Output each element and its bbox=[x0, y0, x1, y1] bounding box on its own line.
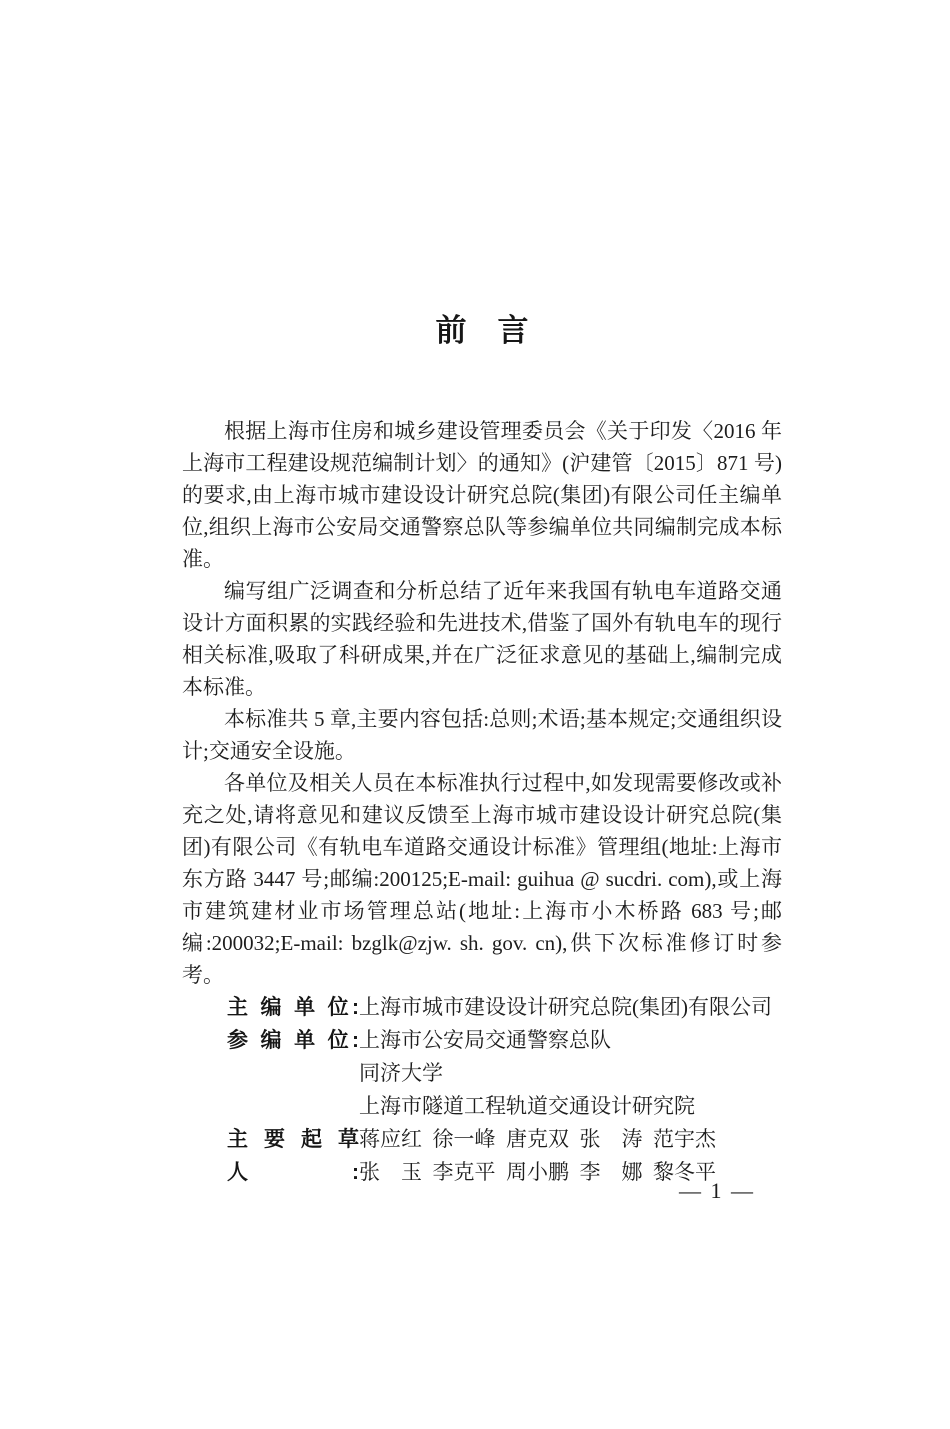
chief-editor-row: 主 编 单 位: 上海市城市建设设计研究总院(集团)有限公司 bbox=[182, 991, 782, 1024]
participating-units-row: 参 编 单 位: 上海市公安局交通警察总队 同济大学 上海市隧道工程轨道交通设计… bbox=[182, 1024, 782, 1123]
drafters-names-line: 蒋应红 徐一峰 唐克双 张 涛 范宇杰 bbox=[359, 1123, 782, 1156]
preface-paragraph-1: 根据上海市住房和城乡建设管理委员会《关于印发〈2016 年上海市工程建设规范编制… bbox=[182, 415, 782, 575]
chief-editor-unit: 上海市城市建设设计研究总院(集团)有限公司 bbox=[359, 991, 782, 1024]
document-page: 前 言 根据上海市住房和城乡建设管理委员会《关于印发〈2016 年上海市工程建设… bbox=[0, 0, 950, 1429]
page-number: — 1 — bbox=[650, 1178, 784, 1204]
participating-unit: 上海市公安局交通警察总队 bbox=[359, 1024, 782, 1057]
drafters-label: 主 要 起 草 人: bbox=[227, 1123, 359, 1189]
chief-editor-label: 主 编 单 位: bbox=[227, 991, 359, 1024]
participating-unit: 同济大学 bbox=[359, 1057, 782, 1090]
preface-paragraph-2: 编写组广泛调查和分析总结了近年来我国有轨电车道路交通设计方面积累的实践经验和先进… bbox=[182, 575, 782, 703]
preface-paragraph-4: 各单位及相关人员在本标准执行过程中,如发现需要修改或补充之处,请将意见和建议反馈… bbox=[182, 767, 782, 991]
editorial-section: 主 编 单 位: 上海市城市建设设计研究总院(集团)有限公司 参 编 单 位: … bbox=[182, 991, 782, 1189]
preface-paragraph-3: 本标准共 5 章,主要内容包括:总则;术语;基本规定;交通组织设计;交通安全设施… bbox=[182, 703, 782, 767]
chief-editor-value: 上海市城市建设设计研究总院(集团)有限公司 bbox=[359, 991, 782, 1024]
preface-body: 根据上海市住房和城乡建设管理委员会《关于印发〈2016 年上海市工程建设规范编制… bbox=[182, 415, 782, 1189]
page-title: 前 言 bbox=[182, 312, 782, 350]
participating-units-label: 参 编 单 位: bbox=[227, 1024, 359, 1057]
participating-unit: 上海市隧道工程轨道交通设计研究院 bbox=[359, 1090, 782, 1123]
participating-units-value: 上海市公安局交通警察总队 同济大学 上海市隧道工程轨道交通设计研究院 bbox=[359, 1024, 782, 1123]
